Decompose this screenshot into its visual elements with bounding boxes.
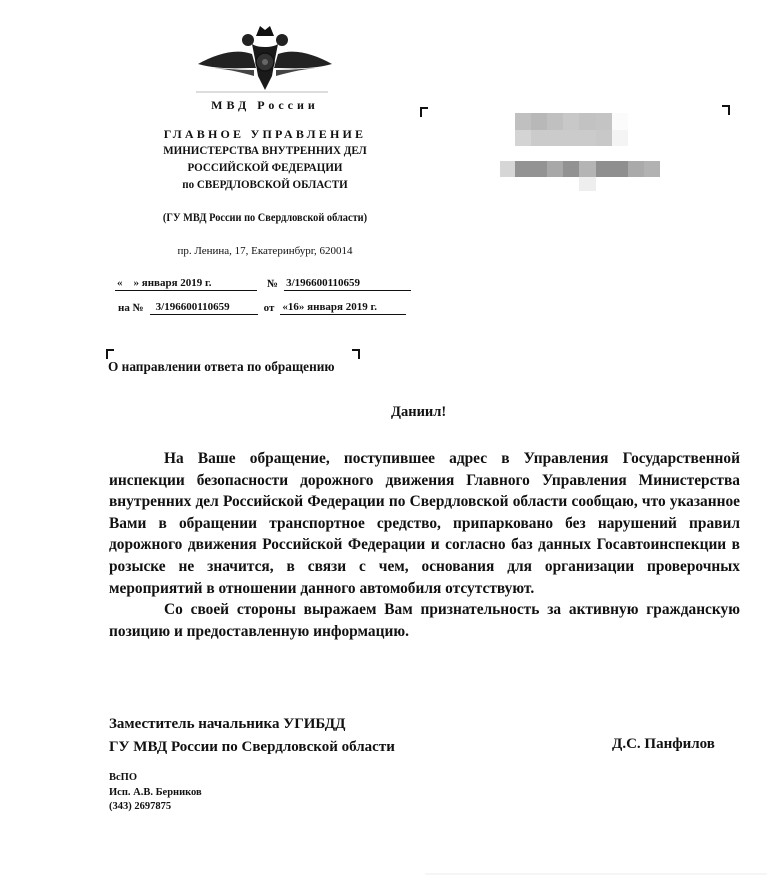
recipient-corner-right — [722, 105, 730, 115]
outgoing-registration-row: « » января 2019 г. № 3/196600110659 — [115, 277, 411, 291]
org-abbreviation: (ГУ МВД России по Свердловской области) — [117, 212, 414, 224]
body-paragraph-1: На Ваше обращение, поступившее адрес в У… — [109, 448, 740, 599]
signatory-name: Д.С. Панфилов — [612, 736, 715, 753]
emblem-divider — [196, 91, 328, 93]
number-label: № — [257, 278, 284, 291]
org-line-3: РОССИЙСКОЙ ФЕДЕРАЦИИ — [113, 160, 417, 175]
body-paragraph-2: Со своей стороны выражаем Вам признатель… — [109, 599, 740, 642]
ref-date: «16» января 2019 г. — [280, 301, 406, 315]
page-edge-line — [425, 873, 767, 875]
incoming-reference-row: на № 3/196600110659 от «16» января 2019 … — [118, 301, 406, 315]
org-line-4: по СВЕРДЛОВСКОЙ ОБЛАСТИ — [113, 177, 417, 192]
subject-corner-left — [106, 349, 114, 359]
org-line-1: ГЛАВНОЕ УПРАВЛЕНИЕ — [100, 127, 430, 142]
org-address: пр. Ленина, 17, Екатеринбург, 620014 — [100, 245, 430, 257]
footer-department: ВсПО — [109, 771, 202, 786]
outgoing-number: 3/196600110659 — [284, 277, 411, 291]
subject-corner-right — [352, 349, 360, 359]
ref-number: 3/196600110659 — [150, 301, 258, 315]
signatory-title-line-2: ГУ МВД России по Свердловской области — [109, 736, 395, 759]
greeting: Даниил! — [391, 404, 446, 421]
agency-short-name: МВД России — [100, 98, 430, 113]
mvd-emblem-icon — [196, 24, 334, 96]
signatory-title-line-1: Заместитель начальника УГИБДД — [109, 713, 395, 736]
letter-body: На Ваше обращение, поступившее адрес в У… — [109, 448, 740, 642]
executor-info: ВсПО Исп. А.В. Берников (343) 2697875 — [109, 771, 202, 815]
footer-phone: (343) 2697875 — [109, 800, 202, 815]
signatory-title: Заместитель начальника УГИБДД ГУ МВД Рос… — [109, 713, 395, 759]
letter-subject: О направлении ответа по обращению — [108, 360, 335, 376]
ref-date-label: от — [258, 302, 281, 315]
ref-number-label: на № — [118, 302, 150, 315]
org-line-2: МИНИСТЕРСТВА ВНУТРЕННИХ ДЕЛ — [113, 143, 417, 158]
outgoing-date: « » января 2019 г. — [115, 277, 257, 291]
footer-executor: Исп. А.В. Берников — [109, 786, 202, 801]
recipient-corner-left — [420, 107, 428, 117]
